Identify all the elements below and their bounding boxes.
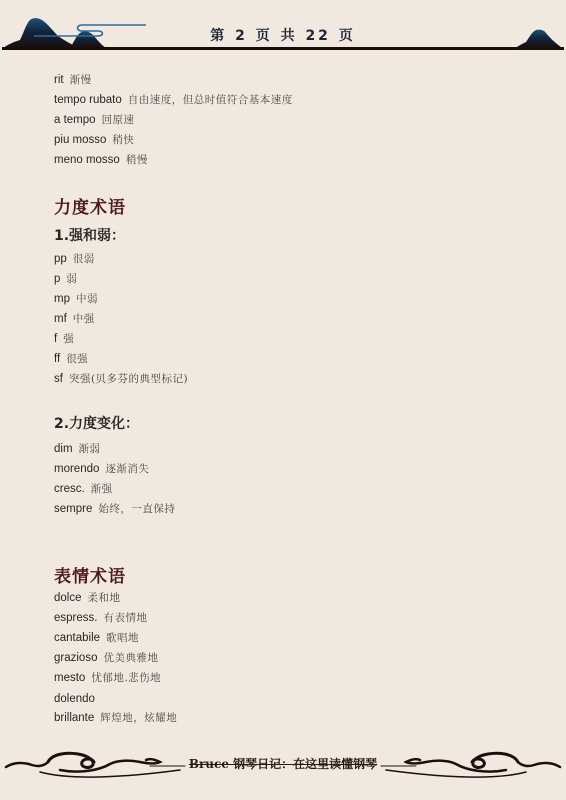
term-entry: sf突强(贝多芬的典型标记) bbox=[54, 372, 188, 386]
definition: 歌唱地 bbox=[106, 632, 139, 644]
term: sf bbox=[54, 373, 63, 385]
term: piu mosso bbox=[54, 134, 106, 146]
subsection-title-strength: 1.强和弱： bbox=[54, 225, 125, 245]
term-entry: sempre始终，一直保持 bbox=[54, 502, 175, 516]
definition: 中弱 bbox=[76, 293, 98, 305]
term: f bbox=[54, 333, 57, 345]
term: tempo rubato bbox=[54, 94, 122, 106]
term: cantabile bbox=[54, 632, 100, 644]
term-entry: a tempo回原速 bbox=[54, 113, 135, 127]
term-entry: f强 bbox=[54, 332, 74, 346]
term: dolce bbox=[54, 592, 82, 604]
term: p bbox=[54, 273, 60, 285]
term-entry: brillante辉煌地，炫耀地 bbox=[54, 711, 177, 725]
term-entry: mf中强 bbox=[54, 312, 95, 326]
definition: 稍慢 bbox=[126, 154, 148, 166]
term-entry: dim渐弱 bbox=[54, 442, 101, 456]
term: a tempo bbox=[54, 114, 96, 126]
definition: 自由速度，但总时值符合基本速度 bbox=[128, 94, 293, 106]
term-entry: piu mosso稍快 bbox=[54, 133, 134, 147]
definition: 渐弱 bbox=[79, 443, 101, 455]
term: ff bbox=[54, 353, 60, 365]
term-entry: mesto忧郁地.悲伤地 bbox=[54, 671, 161, 685]
definition: 有表情地 bbox=[103, 612, 147, 624]
definition: 强 bbox=[63, 333, 74, 345]
footer-brand-text: Bruce 钢琴日记：在这里读懂钢琴 bbox=[0, 755, 566, 772]
definition: 忧郁地.悲伤地 bbox=[91, 672, 161, 684]
term: sempre bbox=[54, 503, 92, 515]
term: mesto bbox=[54, 672, 85, 684]
term: rit bbox=[54, 74, 64, 86]
term-entry: tempo rubato自由速度，但总时值符合基本速度 bbox=[54, 93, 293, 107]
term-entry: dolce柔和地 bbox=[54, 591, 121, 605]
term: morendo bbox=[54, 463, 99, 475]
term-entry: meno mosso稍慢 bbox=[54, 153, 148, 167]
definition: 柔和地 bbox=[88, 592, 121, 604]
term-entry: rit渐慢 bbox=[54, 73, 92, 87]
definition: 辉煌地，炫耀地 bbox=[100, 712, 177, 724]
definition: 逐渐消失 bbox=[105, 463, 149, 475]
definition: 弱 bbox=[66, 273, 77, 285]
term: dolendo bbox=[54, 693, 95, 705]
term: cresc. bbox=[54, 483, 85, 495]
term-entry: pp很弱 bbox=[54, 252, 95, 266]
definition: 很强 bbox=[66, 353, 88, 365]
section-title-dynamics: 力度术语 bbox=[54, 193, 126, 218]
page-footer: Bruce 钢琴日记：在这里读懂钢琴 bbox=[0, 740, 566, 790]
definition: 渐强 bbox=[91, 483, 113, 495]
term: brillante bbox=[54, 712, 94, 724]
term-entry: espress.有表情地 bbox=[54, 611, 147, 625]
term-entry: p弱 bbox=[54, 272, 77, 286]
page-header: 第 2 页 共 22 页 bbox=[0, 0, 566, 60]
definition: 很弱 bbox=[73, 253, 95, 265]
term: pp bbox=[54, 253, 67, 265]
term: mp bbox=[54, 293, 70, 305]
term-entry: mp中弱 bbox=[54, 292, 98, 306]
term: grazioso bbox=[54, 652, 97, 664]
term-entry: grazioso优美典雅地 bbox=[54, 651, 158, 665]
subsection-title-changes: 2.力度变化： bbox=[54, 413, 139, 433]
term: espress. bbox=[54, 612, 97, 624]
term-entry: ff很强 bbox=[54, 352, 88, 366]
definition: 回原速 bbox=[102, 114, 135, 126]
term-entry: morendo逐渐消失 bbox=[54, 462, 149, 476]
section-title-expression: 表情术语 bbox=[54, 562, 126, 587]
term: mf bbox=[54, 313, 67, 325]
term-entry: cresc.渐强 bbox=[54, 482, 113, 496]
definition: 中强 bbox=[73, 313, 95, 325]
definition: 稍快 bbox=[112, 134, 134, 146]
term: meno mosso bbox=[54, 154, 120, 166]
definition: 始终，一直保持 bbox=[98, 503, 175, 515]
definition: 优美典雅地 bbox=[103, 652, 158, 664]
page-indicator: 第 2 页 共 22 页 bbox=[0, 25, 566, 45]
definition: 突强(贝多芬的典型标记) bbox=[69, 373, 188, 385]
definition: 渐慢 bbox=[70, 74, 92, 86]
term: dim bbox=[54, 443, 73, 455]
term-entry: cantabile歌唱地 bbox=[54, 631, 139, 645]
term-entry: dolendo bbox=[54, 692, 101, 706]
